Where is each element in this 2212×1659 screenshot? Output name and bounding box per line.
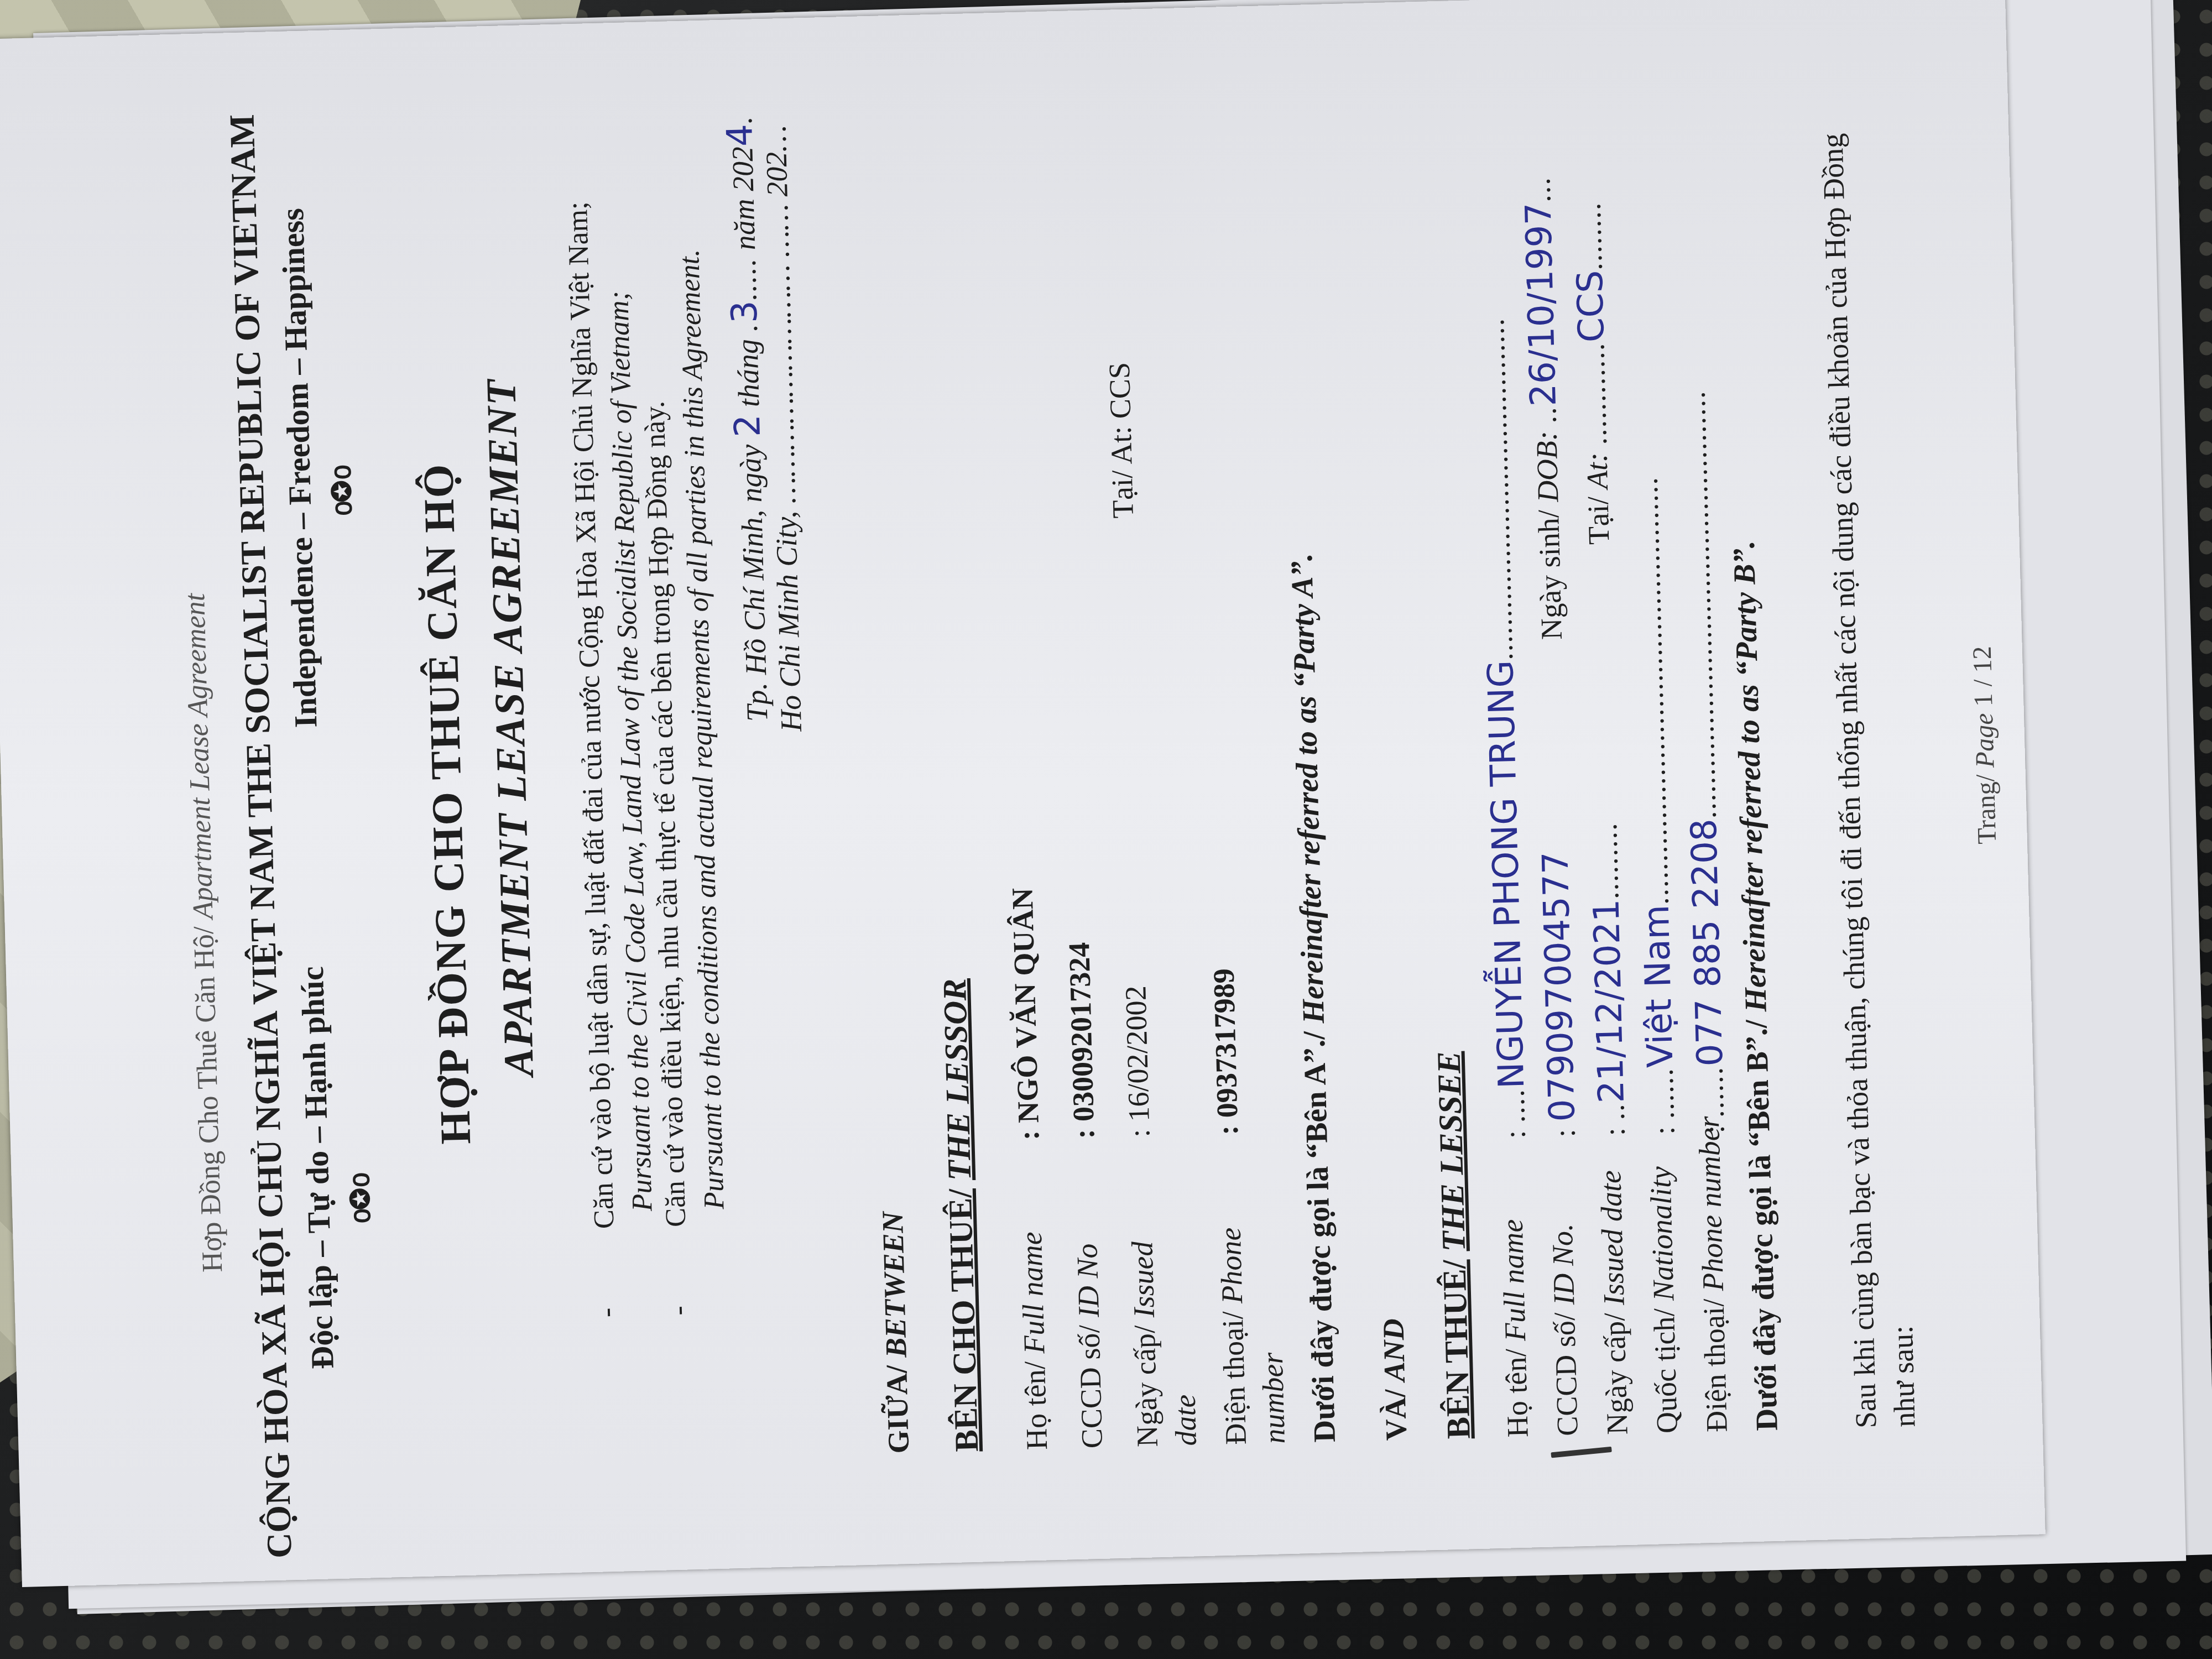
national-title-vn: CỘNG HÒA XÃ HỘI CHỦ NGHĨA VIỆT NAM <box>240 825 300 1558</box>
national-title-en: THE SOCIALIST REPUBLIC OF VIETNAM <box>221 114 280 818</box>
lessee-dob-field[interactable]: Ngày sinh/ DOB: ..26/10/1997... <box>1517 176 1571 640</box>
page-footer: Trang/ Page 1 / 12 <box>1967 646 2002 845</box>
lessee-id-label: CCCD số/ ID No. <box>1545 1223 1585 1437</box>
closing-statement-cont: như sau: <box>1885 1325 1922 1427</box>
lessee-issued-label: Ngày cấp/ Issued date <box>1593 1170 1635 1435</box>
handwritten-day[interactable]: 2 <box>727 414 769 438</box>
lessor-phone-value: : 0937317989 <box>1206 968 1245 1135</box>
lessor-id-value: : 030092017324 <box>1062 942 1101 1139</box>
document-title-vn: HỢP ĐỒNG CHO THUÊ CĂN HỘ <box>413 463 481 1145</box>
lessor-issued-label: Ngày cấp/ Issued <box>1125 1241 1165 1447</box>
closing-statement: Sau khi cùng bàn bạc và thỏa thuận, chún… <box>1815 133 1883 1428</box>
between-heading: GIỮA/ BETWEEN <box>875 1211 916 1454</box>
lessor-issued-label-cont: date <box>1168 1394 1203 1447</box>
page-total: 12 <box>1968 646 1997 673</box>
lessee-heading: BÊN THUÊ/ THE LESSEE <box>1430 1051 1478 1439</box>
staple <box>1551 1447 1611 1458</box>
document-title-en: APARTMENT LEASE AGREEMENT <box>477 378 544 1077</box>
lessee-phone-field[interactable]: : ......077 885 2208....................… <box>1672 390 1733 1134</box>
national-motto-vn: Độc lập – Tự do – Hạnh phúc <box>294 966 341 1370</box>
running-header: Hợp Đồng Cho Thuê Căn Hộ/ Apartment Leas… <box>179 593 229 1272</box>
lessee-nationality-label: Quốc tịch/ Nationality <box>1643 1166 1684 1433</box>
bullet-icon: - <box>590 1307 623 1318</box>
party-a-alias: Dưới đây được gọi là “Bên A”./ Hereinaft… <box>1284 553 1343 1443</box>
lessor-heading: BÊN CHO THUÊ/ THE LESSOR <box>936 978 986 1452</box>
and-heading: VÀ/ AND <box>1376 1318 1413 1441</box>
lessee-id-field[interactable]: : 079097004577 <box>1535 851 1584 1138</box>
handwritten-month[interactable]: 3 <box>724 300 766 324</box>
handwritten-year[interactable]: 4 <box>719 123 761 147</box>
lessee-phone-label: Điện thoại/ Phone number <box>1692 1116 1734 1433</box>
lessee-name-label: Họ tên/ Full name <box>1495 1219 1535 1438</box>
lessee-issued-field[interactable]: : ..21/12/2021......... <box>1584 822 1634 1137</box>
lessor-phone-label: Điện thoại/ Phone <box>1213 1227 1253 1445</box>
lessor-id-label: CCCD số/ ID No <box>1070 1243 1109 1449</box>
lessor-name-label: Họ tên/ Full name <box>1014 1232 1054 1451</box>
lessor-phone-label-cont: number <box>1255 1352 1292 1444</box>
page-current: 1 <box>1969 693 1999 707</box>
lessor-issued-value: : 16/02/2002 <box>1118 985 1156 1138</box>
national-motto-en: Independence – Freedom – Happiness <box>274 208 325 728</box>
lessor-name-value: : NGÔ VĂN QUÂN <box>1005 888 1046 1141</box>
lessor-issued-at: Tại/ At: CCS <box>1102 362 1140 519</box>
contract-page: Hợp Đồng Cho Thuê Căn Hộ/ Apartment Leas… <box>0 0 2046 1587</box>
lessee-at-field[interactable]: Tại/ At: ............CCS........ <box>1568 201 1618 545</box>
ornament-icon: ൦✪൦ <box>343 1173 377 1225</box>
party-b-alias: Dưới đây được gọi là “Bên B”./ Hereinaft… <box>1726 540 1785 1431</box>
bullet-icon: - <box>662 1306 695 1316</box>
ornament-icon: ൦✪൦ <box>325 466 358 517</box>
lessee-nationality-field[interactable]: : ......Việt Nam........................… <box>1625 476 1683 1135</box>
